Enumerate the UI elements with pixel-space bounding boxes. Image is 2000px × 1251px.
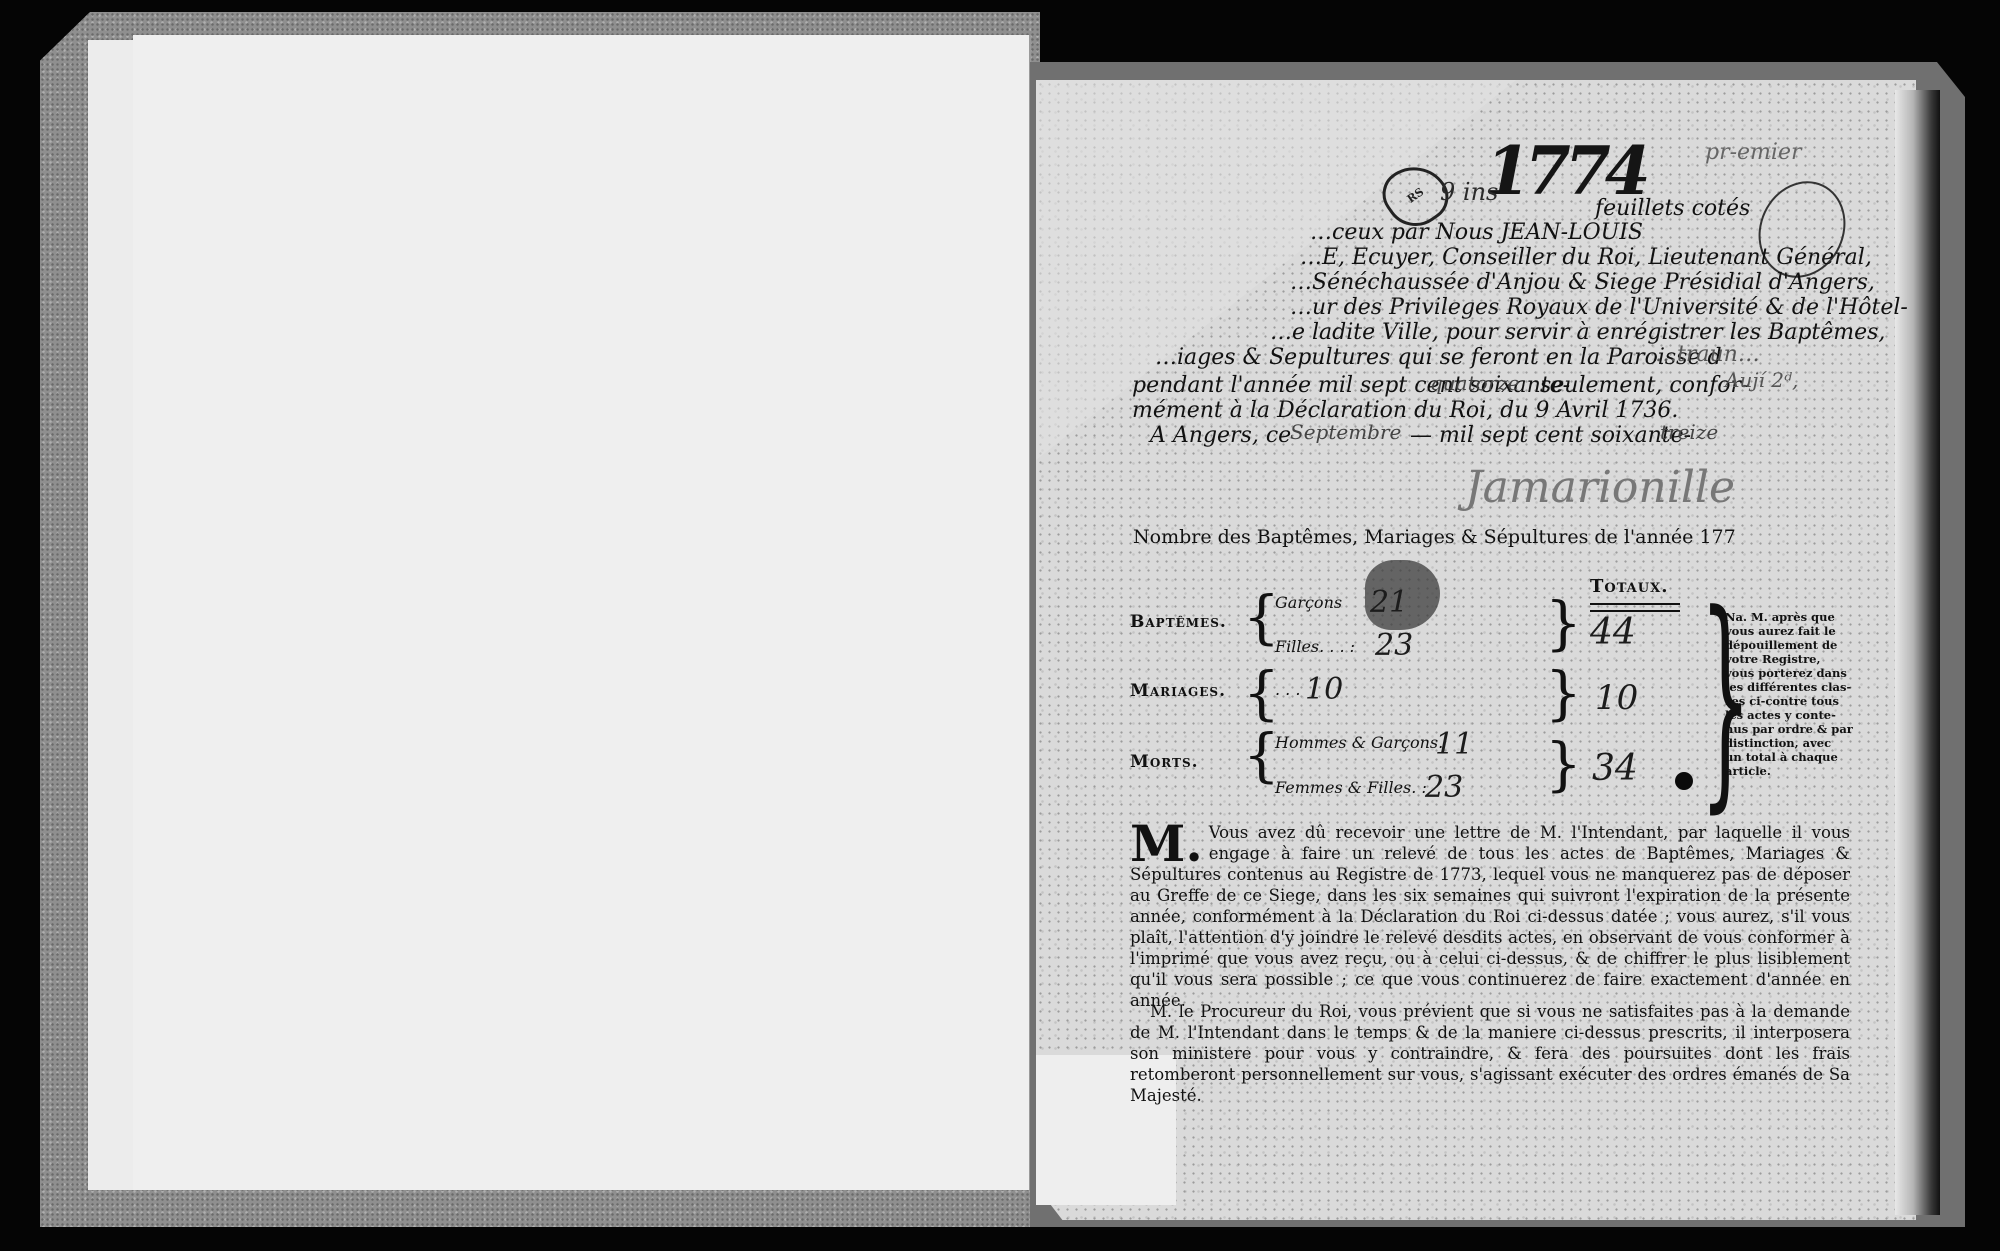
totals-rule	[1590, 603, 1680, 612]
row-label-morts: Morts.	[1130, 752, 1199, 772]
header-line-8-end: seulement, confor-	[1540, 373, 1748, 398]
summary-title: Nombre des Baptêmes, Mariages & Sépultur…	[1133, 526, 1736, 548]
blank-left-page	[133, 35, 1031, 1190]
parish-name-hand: …traun…	[1655, 342, 1760, 367]
signature-hand: Jamarionille	[1465, 462, 1735, 513]
instruction-text-1: Vous avez dû recevoir une lettre de M. l…	[1130, 823, 1850, 1010]
note-line: les actes y conte-	[1725, 708, 1890, 722]
sub-label-hommes: Hommes & Garçons.	[1275, 733, 1443, 752]
header-line-4: …Sénéchaussée d'Anjou & Siege Présidial …	[1290, 270, 1875, 295]
total-morts: 34	[1592, 748, 1638, 789]
top-margin-note: pr-emier	[1705, 140, 1802, 165]
note-line: ses ci-contre tous	[1725, 694, 1890, 708]
note-line: vous aurez fait le	[1725, 624, 1890, 638]
header-line-9: mément à la Déclaration du Roi, du 9 Avr…	[1132, 398, 1678, 423]
note-line: article.	[1725, 764, 1890, 778]
brace-icon: }	[1545, 594, 1582, 652]
header-line-3: …E, Ecuyer, Conseiller du Roi, Lieutenan…	[1300, 245, 1872, 270]
row-label-baptemes: Baptêmes.	[1130, 612, 1227, 632]
sub-label-mariages: . . .	[1275, 680, 1300, 699]
note-line: Na. M. après que	[1725, 610, 1890, 624]
header-line-10: A Angers, ce	[1150, 423, 1291, 448]
page-edges-stack	[1895, 90, 1940, 1215]
value-garcons: 21	[1370, 585, 1408, 620]
margin-note-hand: Aují 2ᵈ,	[1725, 368, 1798, 392]
total-mariages: 10	[1595, 678, 1638, 718]
value-hommes: 11	[1435, 727, 1473, 762]
folio-count-hand: 9 ins	[1440, 178, 1498, 206]
header-line-10-mid: — mil sept cent soixante-	[1410, 423, 1691, 448]
sub-label-garcons: Garçons	[1275, 593, 1342, 612]
instruction-paragraph-1: M. Vous avez dû recevoir une lettre de M…	[1130, 822, 1850, 1011]
note-line: les différentes clas-	[1725, 680, 1890, 694]
year-words-hand: quatorze	[1430, 371, 1520, 395]
note-line: votre Registre,	[1725, 652, 1890, 666]
header-line-1: feuillets cotés	[1595, 196, 1750, 221]
note-line: dépouillement de	[1725, 638, 1890, 652]
drop-cap: M.	[1130, 824, 1203, 864]
side-instruction-note: Na. M. après que vous aurez fait le dépo…	[1725, 610, 1890, 778]
brace-icon: }	[1545, 735, 1582, 793]
sub-label-filles: Filles. . . :	[1275, 637, 1355, 656]
instruction-paragraph-2: M. le Procureur du Roi, vous prévient qu…	[1130, 1001, 1850, 1106]
date-month-hand: Septembre	[1290, 420, 1401, 444]
value-mariages: 10	[1305, 672, 1343, 707]
date-year-hand: treize	[1660, 420, 1718, 444]
header-line-6: …e ladite Ville, pour servir à enrégistr…	[1270, 320, 1885, 345]
left-page-flap	[88, 40, 135, 1190]
note-line: distinction, avec	[1725, 736, 1890, 750]
header-line-7: …iages & Sepultures qui se feront en la …	[1155, 345, 1722, 370]
sub-label-femmes: Femmes & Filles. :	[1275, 778, 1427, 797]
header-line-5: …ur des Privileges Royaux de l'Universit…	[1290, 295, 1908, 320]
total-baptemes: 44	[1590, 612, 1636, 653]
totals-header: Totaux.	[1590, 576, 1668, 597]
brace-icon: }	[1545, 664, 1582, 722]
ink-dot	[1675, 772, 1693, 790]
value-filles: 23	[1375, 628, 1413, 663]
value-femmes: 23	[1425, 770, 1463, 805]
note-line: un total à chaque	[1725, 750, 1890, 764]
row-label-mariages: Mariages.	[1130, 681, 1226, 701]
instruction-text-2: M. le Procureur du Roi, vous prévient qu…	[1130, 1002, 1850, 1105]
note-line: vous porterez dans	[1725, 666, 1890, 680]
note-line: nus par ordre & par	[1725, 722, 1890, 736]
header-line-2: …ceux par Nous JEAN-LOUIS	[1310, 220, 1643, 245]
